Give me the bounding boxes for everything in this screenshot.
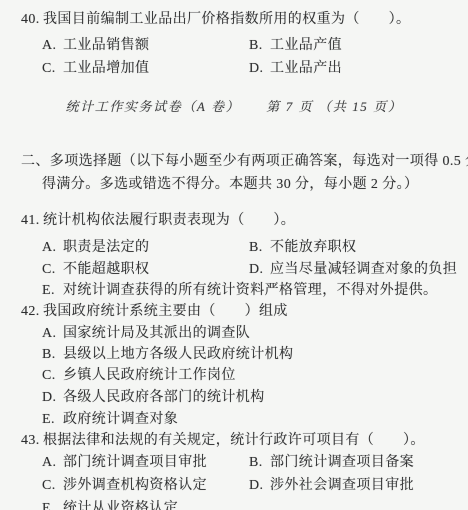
option-key: C. [42,61,63,77]
option-key: E. [42,501,63,510]
question-40-option-a: A.工业品销售额 [42,34,149,54]
section-header-text: 二、多项选择题（以下每小题至少有两项正确答案，每选对一项得 0.5 分，全部选对 [21,154,468,169]
question-43-stem: 根据法律和法规的有关规定，统计行政许可项目有（ ）。 [43,433,425,448]
question-42-number: 42. [21,304,43,320]
option-text: 不能放弃职权 [270,240,356,255]
section-header-text: 得满分。多选或错选不得分。本题共 30 分，每小题 2 分。） [42,177,418,192]
option-text: 不能超越职权 [63,262,149,277]
question-43-options-row-2: C.涉外调查机构资格认定 D.涉外社会调查项目审批 [0,474,468,491]
option-text: 工业品产值 [270,38,342,53]
section-header-line-2: 得满分。多选或错选不得分。本题共 30 分，每小题 2 分。） [42,173,418,193]
question-41-option-c: C.不能超越职权 [42,258,149,278]
option-text: 乡镇人民政府统计工作岗位 [63,368,236,383]
question-41-number: 41. [21,213,43,229]
question-40-options-row-2: C.工业品增加值 D.工业品产出 [0,57,468,74]
option-text: 部门统计调查项目审批 [63,455,207,470]
option-text: 统计从业资格认定 [63,501,178,510]
question-40-number: 40. [21,12,43,28]
question-42-stem: 我国政府统计系统主要由（ ）组成 [43,304,288,319]
question-43-option-b: B.部门统计调查项目备案 [249,451,414,471]
option-text: 工业品销售额 [63,38,149,53]
question-40-options-row-1: A.工业品销售额 B.工业品产值 [0,34,468,51]
option-text: 政府统计调查对象 [63,412,178,427]
page-number: 第 7 页 （共 15 页） [266,96,402,115]
question-42-option-c: C.乡镇人民政府统计工作岗位 [42,364,236,384]
question-42-option-a: A.国家统计局及其派出的调查队 [42,322,250,342]
option-key: E. [42,412,63,428]
question-43-options-row-1: A.部门统计调查项目审批 B.部门统计调查项目备案 [0,451,468,468]
question-41-options-row-1: A.职责是法定的 B.不能放弃职权 [0,236,468,253]
question-41-options-row-2: C.不能超越职权 D.应当尽量减轻调查对象的负担 [0,258,468,275]
question-41-option-b: B.不能放弃职权 [249,236,356,256]
question-42-option-d: D.各级人民政府各部门的统计机构 [42,386,265,406]
question-43-option-e: E.统计从业资格认定 [42,497,178,510]
option-key: D. [42,390,63,406]
question-41-stem: 统计机构依法履行职责表现为（ ）。 [43,213,295,228]
question-42-option-e: E.政府统计调查对象 [42,408,178,428]
option-text: 涉外社会调查项目审批 [270,478,414,493]
paper-title: 统计工作实务试卷（A 卷） [66,96,241,115]
option-key: E. [42,283,63,299]
option-key: A. [42,38,63,54]
option-text: 部门统计调查项目备案 [270,455,414,470]
exam-page: 40.我国目前编制工业品出厂价格指数所用的权重为（ ）。 A.工业品销售额 B.… [0,0,468,510]
option-key: D. [249,61,270,77]
question-42-option-d-row: D.各级人民政府各部门的统计机构 [0,386,468,403]
option-key: B. [249,38,270,54]
option-text: 工业品增加值 [63,61,149,76]
question-43-option-a: A.部门统计调查项目审批 [42,451,207,471]
option-key: B. [249,455,270,471]
option-key: A. [42,455,63,471]
option-key: C. [42,478,63,494]
question-40: 40.我国目前编制工业品出厂价格指数所用的权重为（ ）。 [21,8,466,28]
question-41-option-e-row: E.对统计调查获得的所有统计资料严格管理，不得对外提供。 [0,279,468,296]
question-43-option-e-row: E.统计从业资格认定 [0,497,468,510]
option-key: C. [42,262,63,278]
question-43: 43.根据法律和法规的有关规定，统计行政许可项目有（ ）。 [21,429,466,449]
question-41-option-a: A.职责是法定的 [42,236,149,256]
option-key: B. [249,240,270,256]
question-42-option-c-row: C.乡镇人民政府统计工作岗位 [0,364,468,381]
option-text: 应当尽量减轻调查对象的负担 [270,262,457,277]
question-40-option-d: D.工业品产出 [249,57,342,77]
section-header-line-1: 二、多项选择题（以下每小题至少有两项正确答案，每选对一项得 0.5 分，全部选对 [21,150,466,170]
option-key: D. [249,262,270,278]
question-42-option-a-row: A.国家统计局及其派出的调查队 [0,322,468,339]
question-40-option-c: C.工业品增加值 [42,57,149,77]
question-43-number: 43. [21,433,43,449]
question-41-option-d: D.应当尽量减轻调查对象的负担 [249,258,457,278]
option-text: 县级以上地方各级人民政府统计机构 [63,347,293,362]
option-key: A. [42,326,63,342]
option-key: C. [42,368,63,384]
question-40-stem: 我国目前编制工业品出厂价格指数所用的权重为（ ）。 [43,12,410,27]
option-text: 职责是法定的 [63,240,149,255]
question-41-option-e: E.对统计调查获得的所有统计资料严格管理，不得对外提供。 [42,279,437,299]
option-text: 各级人民政府各部门的统计机构 [63,390,265,405]
question-43-option-d: D.涉外社会调查项目审批 [249,474,414,494]
option-text: 涉外调查机构资格认定 [63,478,207,493]
page-footer: 统计工作实务试卷（A 卷） 第 7 页 （共 15 页） [0,96,468,115]
option-key: B. [42,347,63,363]
option-key: D. [249,478,270,494]
question-40-option-b: B.工业品产值 [249,34,342,54]
question-42-option-e-row: E.政府统计调查对象 [0,408,468,425]
question-42-option-b-row: B.县级以上地方各级人民政府统计机构 [0,343,468,360]
question-42: 42.我国政府统计系统主要由（ ）组成 [21,300,466,320]
option-key: A. [42,240,63,256]
question-43-option-c: C.涉外调查机构资格认定 [42,474,207,494]
option-text: 工业品产出 [270,61,342,76]
option-text: 对统计调查获得的所有统计资料严格管理，不得对外提供。 [63,283,437,298]
question-41: 41.统计机构依法履行职责表现为（ ）。 [21,209,466,229]
question-42-option-b: B.县级以上地方各级人民政府统计机构 [42,343,293,363]
option-text: 国家统计局及其派出的调查队 [63,326,250,341]
